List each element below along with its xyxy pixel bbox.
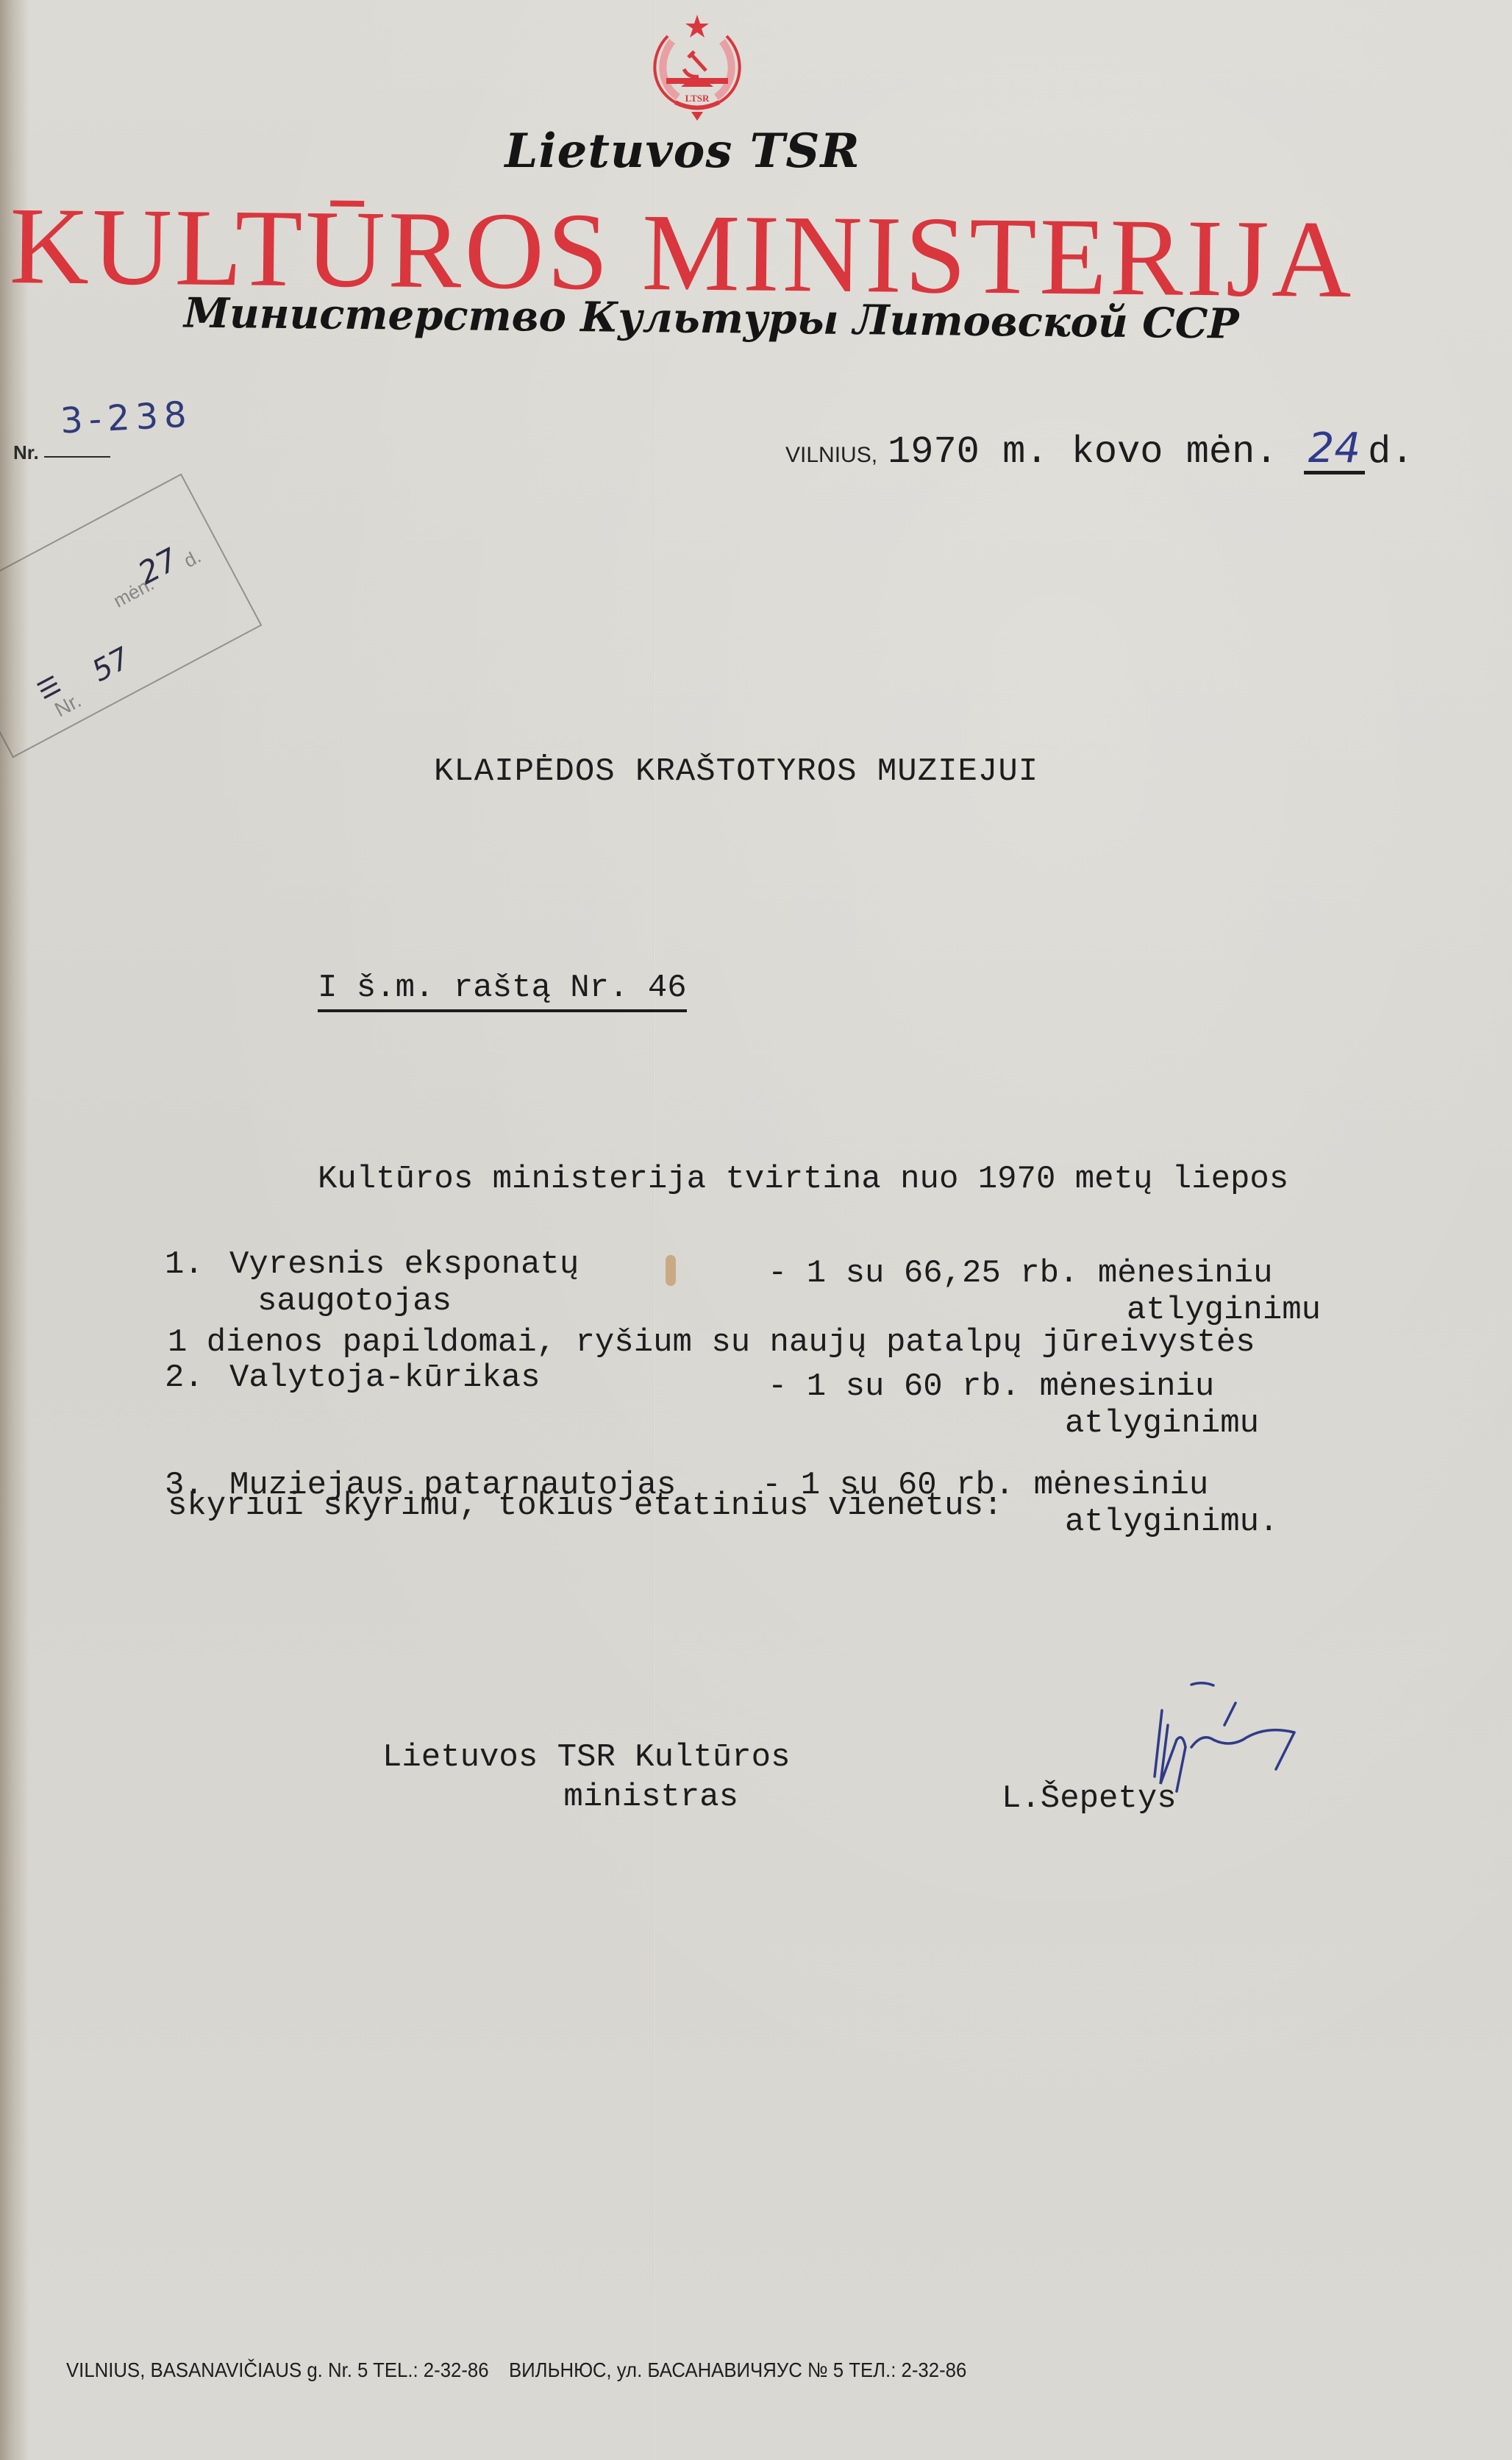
handwritten-signature-icon <box>1147 1681 1346 1799</box>
stamp-day-label: d. <box>180 545 205 573</box>
position-title: Vyresnis eksponatų saugotojas <box>229 1246 579 1320</box>
position-item: 3. Muziejaus patarnautojas - 1 su 60 rb.… <box>165 1467 204 1614</box>
svg-text:LTSR: LTSR <box>685 93 710 104</box>
signatory-title: Lietuvos TSR Kultūros ministras <box>382 1738 791 1817</box>
body-line: Kultūros ministerija tvirtina nuo 1970 m… <box>168 1152 1288 1206</box>
paper-stain <box>666 1255 676 1286</box>
position-title: Muziejaus patarnautojas <box>229 1467 676 1504</box>
reference-underline <box>44 456 110 458</box>
dateline-city: VILNIUS, <box>785 443 877 467</box>
reference-label: Nr. <box>13 441 39 464</box>
dateline-day-suffix: d. <box>1368 430 1413 474</box>
recipient: KLAIPĖDOS KRAŠTOTYROS MUZIEJUI <box>434 753 1038 790</box>
ltsr-coat-of-arms-icon: LTSR <box>646 10 749 121</box>
footer-address-lt: VILNIUS, BASANAVIČIAUS g. Nr. 5 TEL.: 2-… <box>66 2358 489 2381</box>
footer-address-ru: ВИЛЬНЮС, ул. БАСАНАВИЧЯУС № 5 ТЕЛ.: 2-32… <box>509 2358 966 2381</box>
footer-address: VILNIUS, BASANAVIČIAUS g. Nr. 5 TEL.: 2-… <box>66 2358 982 2382</box>
letterhead-subtitle-lt: Lietuvos TSR <box>0 124 1438 179</box>
subject-reference: I š.m. raštą Nr. 46 <box>318 970 687 1012</box>
stamp-nr-value: 57 <box>87 641 136 689</box>
dateline-year-month: 1970 m. kovo mėn. <box>888 430 1278 474</box>
position-title: Valytoja-kūrikas <box>229 1359 540 1396</box>
dateline-day: 24 <box>1304 427 1365 474</box>
position-terms: - 1 su 60 rb. mėnesiniu atlyginimu. <box>762 1467 1278 1540</box>
position-number: 2. <box>165 1359 204 1396</box>
signatory-name: L.Šepetys <box>1002 1780 1177 1817</box>
position-terms: - 1 su 66,25 rb. mėnesiniu atlyginimu <box>768 1255 1321 1329</box>
dateline: VILNIUS,1970 m. kovo mėn. 24d. <box>785 427 1413 474</box>
position-terms: - 1 su 60 rb. mėnesiniu atlyginimu <box>768 1368 1259 1442</box>
position-number: 3. <box>165 1467 204 1504</box>
position-number: 1. <box>165 1246 204 1283</box>
reference-number: 3-238 <box>60 394 193 441</box>
